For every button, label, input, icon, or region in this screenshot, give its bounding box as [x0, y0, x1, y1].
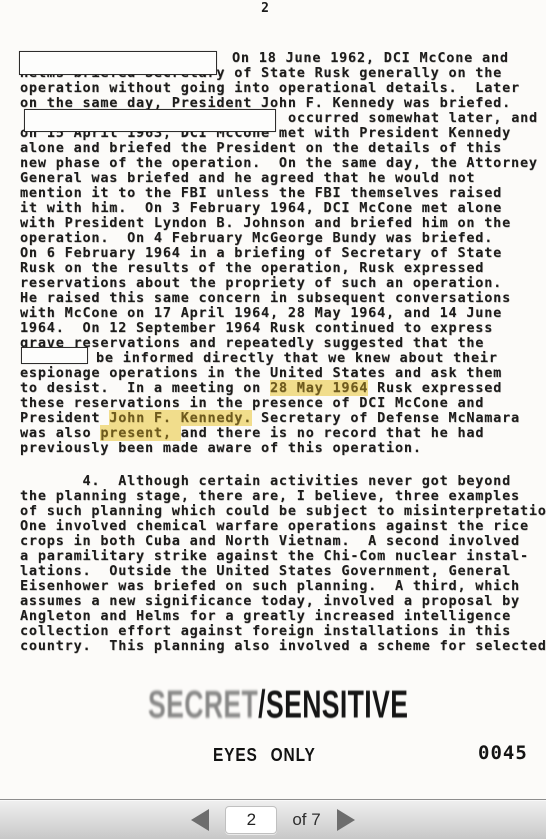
text-line: Angleton and Helms for a greatly increas… [20, 609, 546, 624]
redaction-box [24, 109, 276, 132]
text-line: Rusk on the results of the operation, Ru… [20, 261, 546, 276]
text-line: country. This planning also involved a s… [20, 639, 546, 654]
page-count-label: of 7 [292, 810, 320, 830]
right-arrow-icon [337, 809, 355, 831]
text-line: Eisenhower was briefed on such planning.… [20, 579, 546, 594]
document-page: 2 On 18 June 1962, DCI McCone andHelms b… [0, 0, 546, 800]
document-text: On 18 June 1962, DCI McCone andHelms bri… [20, 51, 546, 654]
text-segment: with McCone on 17 April 1964, 28 May 196… [20, 305, 502, 321]
text-segment: Angleton and Helms for a greatly increas… [20, 608, 511, 624]
text-line: assumes a new significance today, involv… [20, 594, 546, 609]
text-segment: General was briefed and he agreed that h… [20, 170, 475, 186]
text-line: President John F. Kennedy. Secretary of … [20, 411, 546, 426]
text-line: General was briefed and he agreed that h… [20, 171, 546, 186]
text-segment: President [20, 410, 109, 426]
text-segment: Rusk expressed [368, 380, 502, 396]
text-segment: Secretary of Defense McNamara [252, 410, 520, 426]
text-line: be informed directly that we knew about … [20, 351, 546, 366]
text-line: new phase of the operation. On the same … [20, 156, 546, 171]
text-segment: assumes a new significance today, involv… [20, 593, 520, 609]
text-line: operation without going into operational… [20, 81, 546, 96]
highlighted-text: present, [100, 425, 180, 441]
text-line: crops in both Cuba and North Vietnam. A … [20, 534, 546, 549]
text-segment: these reservations in the presence of DC… [20, 395, 484, 411]
stamp-sensitive-part: /SENSITIVE [258, 683, 408, 727]
text-segment: He raised this same concern in subsequen… [20, 290, 511, 306]
text-line: lations. Outside the United States Gover… [20, 564, 546, 579]
text-line: with McCone on 17 April 1964, 28 May 196… [20, 306, 546, 321]
text-line: it with him. On 3 February 1964, DCI McC… [20, 201, 546, 216]
text-segment: the planning stage, there are, I believe… [20, 488, 520, 504]
text-line: with President Lyndon B. Johnson and bri… [20, 216, 546, 231]
text-segment: to desist. In a meeting on [20, 380, 270, 396]
text-segment: 1964. On 12 September 1964 Rusk continue… [20, 320, 493, 336]
text-line: alone and briefed the President on the d… [20, 141, 546, 156]
highlighted-text: John F. Kennedy. [109, 410, 252, 426]
redaction-box [21, 347, 88, 364]
text-line: He raised this same concern in subsequen… [20, 291, 546, 306]
text-line: operation. On 4 February McGeorge Bundy … [20, 231, 546, 246]
document-serial-number: 0045 [478, 742, 528, 764]
text-segment: Rusk on the results of the operation, Ru… [20, 260, 484, 276]
text-segment: with President Lyndon B. Johnson and bri… [20, 215, 511, 231]
page-number-input[interactable] [225, 806, 277, 834]
text-segment: collection effort against foreign instal… [20, 623, 511, 639]
text-segment: alone and briefed the President on the d… [20, 140, 502, 156]
left-arrow-icon [191, 809, 209, 831]
text-line: the planning stage, there are, I believe… [20, 489, 546, 504]
text-segment: Eisenhower was briefed on such planning.… [20, 578, 520, 594]
text-line: collection effort against foreign instal… [20, 624, 546, 639]
text-line: reservations about the propriety of such… [20, 276, 546, 291]
text-line: espionage operations in the United State… [20, 366, 546, 381]
text-segment: reservations about the propriety of such… [20, 275, 502, 291]
text-segment: it with him. On 3 February 1964, DCI McC… [20, 200, 502, 216]
text-segment: espionage operations in the United State… [20, 365, 502, 381]
text-segment: 4. Although certain activities never got… [20, 473, 511, 489]
text-line: was also present, and there is no record… [20, 426, 546, 441]
text-segment: One involved chemical warfare operations… [20, 518, 529, 534]
eyes-only-stamp: EYES ONLY [213, 744, 316, 766]
text-segment: be informed directly that we knew about … [96, 350, 498, 366]
secret-sensitive-stamp: SECRET/SENSITIVE [148, 683, 408, 728]
text-segment: operation. On 4 February McGeorge Bundy … [20, 230, 493, 246]
page-header-number: 2 [0, 1, 530, 16]
text-segment: lations. Outside the United States Gover… [20, 563, 511, 579]
text-segment: a paramilitary strike against the Chi-Co… [20, 548, 529, 564]
text-line: grave reservations and repeatedly sugges… [20, 336, 546, 351]
text-segment: grave reservations and repeatedly sugges… [20, 335, 484, 351]
text-line: One involved chemical warfare operations… [20, 519, 546, 534]
text-segment: previously been made aware of this opera… [20, 440, 422, 456]
text-line: previously been made aware of this opera… [20, 441, 546, 456]
text-line: to desist. In a meeting on 28 May 1964 R… [20, 381, 546, 396]
text-line: On 6 February 1964 in a briefing of Secr… [20, 246, 546, 261]
pagination-toolbar: of 7 [0, 799, 546, 839]
stamp-secret-faded-part: SECRET [148, 683, 258, 727]
text-segment: of such planning which could be subject … [20, 503, 546, 519]
text-segment: operation without going into operational… [20, 80, 520, 96]
text-segment: was also [20, 425, 100, 441]
redaction-box [19, 51, 217, 75]
text-segment: and there is no record that he had [181, 425, 485, 441]
previous-page-button[interactable] [190, 808, 210, 832]
highlighted-text: 28 May 1964 [270, 380, 368, 396]
text-line: these reservations in the presence of DC… [20, 396, 546, 411]
paragraph-gap [20, 456, 546, 474]
next-page-button[interactable] [336, 808, 356, 832]
text-segment: occurred somewhat later, and [288, 110, 538, 126]
text-segment: mention it to the FBI unless the FBI the… [20, 185, 502, 201]
text-segment: country. This planning also involved a s… [20, 638, 546, 654]
text-line: 1964. On 12 September 1964 Rusk continue… [20, 321, 546, 336]
text-segment: On 6 February 1964 in a briefing of Secr… [20, 245, 502, 261]
text-segment: new phase of the operation. On the same … [20, 155, 538, 171]
text-segment: On 18 June 1962, DCI McCone and [232, 50, 509, 66]
text-line: a paramilitary strike against the Chi-Co… [20, 549, 546, 564]
text-segment: crops in both Cuba and North Vietnam. A … [20, 533, 520, 549]
text-line: mention it to the FBI unless the FBI the… [20, 186, 546, 201]
text-line: of such planning which could be subject … [20, 504, 546, 519]
text-line: 4. Although certain activities never got… [20, 474, 546, 489]
